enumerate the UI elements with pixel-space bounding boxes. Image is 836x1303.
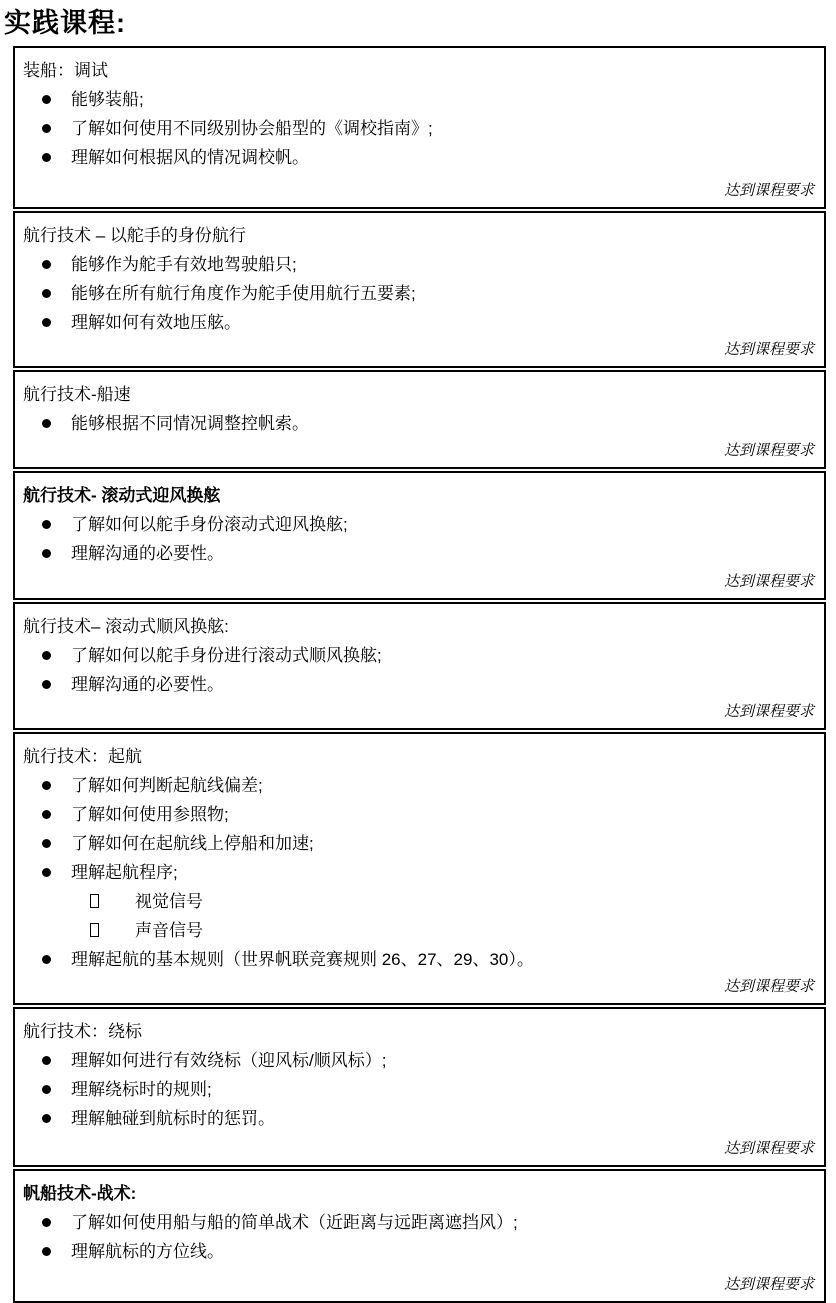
list-item-text: 了解如何使用参照物; (71, 805, 229, 824)
list-item-text: 理解如何根据风的情况调校帆。 (71, 148, 309, 167)
list-item-text: 了解如何在起航线上停船和加速; (71, 834, 314, 853)
section-mark-rounding: 航行技术：绕标 理解如何进行有效绕标（迎风标/顺风标）; 理解绕标时的规则; 理… (13, 1007, 826, 1167)
list-item: 了解如何在起航线上停船和加速; (23, 829, 814, 858)
requirement-note: 达到课程要求 (23, 974, 814, 998)
document-page: 实践课程: 装船：调试 能够装船; 了解如何使用不同级别协会船型的《调校指南》;… (0, 0, 836, 1303)
list-item: 了解如何以舵手身份滚动式迎风换舷; (23, 510, 814, 539)
list-item: 能够在所有航行角度作为舵手使用航行五要素; (23, 279, 814, 308)
list-item: 理解如何根据风的情况调校帆。 (23, 143, 814, 172)
bullet-icon (42, 153, 51, 162)
bullet-icon (42, 419, 51, 428)
section-title: 航行技术-船速 (23, 380, 814, 409)
list-item-text: 能够根据不同情况调整控帆索。 (71, 414, 309, 433)
section-boat-speed: 航行技术-船速 能够根据不同情况调整控帆索。 达到课程要求 (13, 370, 826, 469)
list-item-text: 能够作为舵手有效地驾驶船只; (71, 255, 297, 274)
list-item: 理解触碰到航标时的惩罚。 (23, 1104, 814, 1133)
bullet-icon (42, 955, 51, 964)
list-item-text: 理解触碰到航标时的惩罚。 (71, 1109, 275, 1128)
bullet-icon (42, 1218, 51, 1227)
list-item: 了解如何使用参照物; (23, 800, 814, 829)
bullet-icon (42, 651, 51, 660)
list-item: 能够根据不同情况调整控帆索。 (23, 409, 814, 438)
page-title: 实践课程: (4, 6, 836, 40)
list-item-text: 理解起航的基本规则（世界帆联竞赛规则 26、27、29、30）。 (71, 950, 534, 969)
section-title: 航行技术- 滚动式迎风换舷 (23, 481, 814, 510)
list-item-text: 理解航标的方位线。 (71, 1242, 224, 1261)
bullet-icon (42, 1114, 51, 1123)
section-sailing-as-helmsman: 航行技术 – 以舵手的身份航行 能够作为舵手有效地驾驶船只; 能够在所有航行角度… (13, 211, 826, 368)
requirement-note: 达到课程要求 (23, 337, 814, 361)
list-item: 了解如何使用不同级别协会船型的《调校指南》; (23, 114, 814, 143)
list-item: 理解沟通的必要性。 (23, 670, 814, 699)
list-item-text: 能够装船; (71, 90, 144, 109)
list-item-text: 了解如何使用船与船的简单战术（近距离与远距离遮挡风）; (71, 1213, 518, 1232)
requirement-note: 达到课程要求 (23, 178, 814, 202)
square-bullet-icon (90, 923, 99, 937)
list-item: 理解如何进行有效绕标（迎风标/顺风标）; (23, 1046, 814, 1075)
list-item-text: 理解如何进行有效绕标（迎风标/顺风标）; (71, 1051, 386, 1070)
list-item: 理解起航的基本规则（世界帆联竞赛规则 26、27、29、30）。 (23, 945, 814, 974)
list-item: 了解如何以舵手身份进行滚动式顺风换舷; (23, 641, 814, 670)
list-item: 理解沟通的必要性。 (23, 539, 814, 568)
bullet-icon (42, 781, 51, 790)
sub-list-item: 视觉信号 (23, 887, 814, 916)
list-item-text: 理解绕标时的规则; (71, 1080, 212, 1099)
list-item: 能够装船; (23, 85, 814, 114)
section-title: 航行技术：起航 (23, 742, 814, 771)
bullet-icon (42, 868, 51, 877)
section-title: 航行技术– 滚动式顺风换舷: (23, 612, 814, 641)
section-title: 航行技术 – 以舵手的身份航行 (23, 221, 814, 250)
bullet-icon (42, 1056, 51, 1065)
requirement-note: 达到课程要求 (23, 569, 814, 593)
sections-container: 装船：调试 能够装船; 了解如何使用不同级别协会船型的《调校指南》; 理解如何根… (13, 46, 826, 1303)
bullet-icon (42, 1085, 51, 1094)
list-item-text: 能够在所有航行角度作为舵手使用航行五要素; (71, 284, 416, 303)
bullet-icon (42, 289, 51, 298)
requirement-note: 达到课程要求 (23, 438, 814, 462)
bullet-icon (42, 810, 51, 819)
section-rigging-tuning: 装船：调试 能够装船; 了解如何使用不同级别协会船型的《调校指南》; 理解如何根… (13, 46, 826, 209)
list-item-text: 理解如何有效地压舷。 (71, 313, 241, 332)
bullet-icon (42, 318, 51, 327)
requirement-note: 达到课程要求 (23, 699, 814, 723)
section-roll-tacking: 航行技术- 滚动式迎风换舷 了解如何以舵手身份滚动式迎风换舷; 理解沟通的必要性… (13, 471, 826, 600)
section-starting: 航行技术：起航 了解如何判断起航线偏差; 了解如何使用参照物; 了解如何在起航线… (13, 732, 826, 1005)
bullet-icon (42, 520, 51, 529)
list-item: 理解起航程序; (23, 858, 814, 887)
bullet-icon (42, 124, 51, 133)
section-title: 航行技术：绕标 (23, 1017, 814, 1046)
list-item-text: 理解沟通的必要性。 (71, 675, 224, 694)
bullet-icon (42, 260, 51, 269)
bullet-icon (42, 95, 51, 104)
bullet-icon (42, 839, 51, 848)
list-item: 理解绕标时的规则; (23, 1075, 814, 1104)
list-item: 理解如何有效地压舷。 (23, 308, 814, 337)
section-tactics: 帆船技术-战术: 了解如何使用船与船的简单战术（近距离与远距离遮挡风）; 理解航… (13, 1169, 826, 1303)
list-item-text: 声音信号 (135, 921, 203, 940)
list-item-text: 视觉信号 (135, 892, 203, 911)
list-item: 了解如何判断起航线偏差; (23, 771, 814, 800)
bullet-icon (42, 1247, 51, 1256)
section-title: 装船：调试 (23, 56, 814, 85)
list-item-text: 了解如何判断起航线偏差; (71, 776, 263, 795)
bullet-icon (42, 680, 51, 689)
list-item-text: 了解如何以舵手身份进行滚动式顺风换舷; (71, 646, 382, 665)
bullet-icon (42, 549, 51, 558)
sub-list-item: 声音信号 (23, 916, 814, 945)
requirement-note: 达到课程要求 (23, 1272, 814, 1296)
requirement-note: 达到课程要求 (23, 1136, 814, 1160)
list-item-text: 理解起航程序; (71, 863, 178, 882)
section-title: 帆船技术-战术: (23, 1179, 814, 1208)
list-item-text: 理解沟通的必要性。 (71, 544, 224, 563)
list-item: 能够作为舵手有效地驾驶船只; (23, 250, 814, 279)
section-roll-gybing: 航行技术– 滚动式顺风换舷: 了解如何以舵手身份进行滚动式顺风换舷; 理解沟通的… (13, 602, 826, 730)
list-item: 理解航标的方位线。 (23, 1237, 814, 1266)
list-item: 了解如何使用船与船的简单战术（近距离与远距离遮挡风）; (23, 1208, 814, 1237)
square-bullet-icon (90, 894, 99, 908)
list-item-text: 了解如何以舵手身份滚动式迎风换舷; (71, 515, 348, 534)
list-item-text: 了解如何使用不同级别协会船型的《调校指南》; (71, 119, 433, 138)
